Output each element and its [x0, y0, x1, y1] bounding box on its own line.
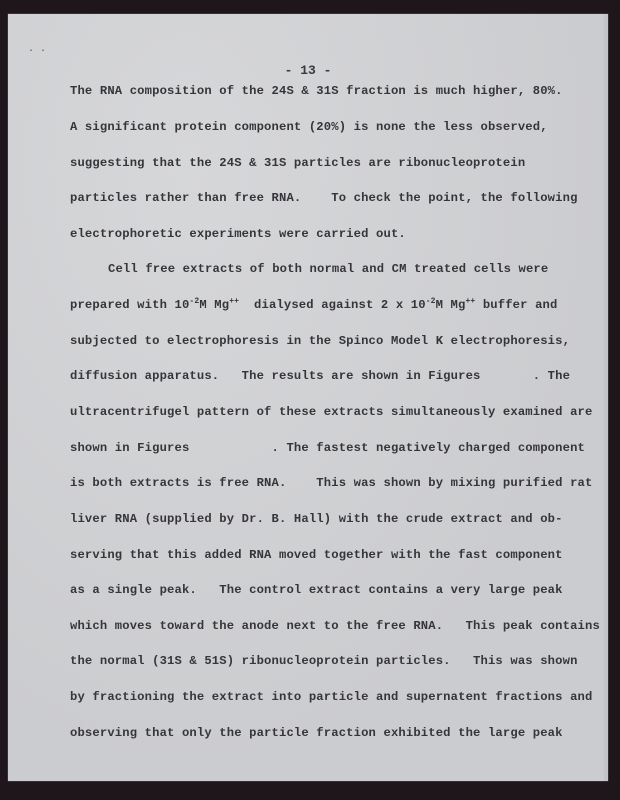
mg-part1: prepared with 10	[70, 298, 189, 312]
text-line-1: The RNA composition of the 24S & 31S fra…	[70, 84, 563, 98]
text-line-3: suggesting that the 24S & 31S particles …	[70, 156, 525, 170]
mg-part5: buffer and	[475, 298, 557, 312]
page-number: - 13 -	[8, 63, 608, 78]
text-line-8: subjected to electrophoresis in the Spin…	[70, 334, 570, 348]
ion-charge: ++	[229, 297, 239, 306]
text-line-16: which moves toward the anode next to the…	[70, 619, 600, 633]
text-line-18: by fractioning the extract into particle…	[70, 690, 592, 704]
exponent: -2	[189, 297, 199, 306]
ion-charge: ++	[465, 297, 475, 306]
mg-part2: M Mg	[199, 298, 229, 312]
page-edge	[604, 14, 608, 781]
text-line-5: electrophoretic experiments were carried…	[70, 227, 406, 241]
mg-part3: dialysed against 2 x 10	[239, 298, 426, 312]
text-line-14: serving that this added RNA moved togeth…	[70, 548, 563, 562]
text-line-2: A significant protein component (20%) is…	[70, 120, 548, 134]
text-line-12: is both extracts is free RNA. This was s…	[70, 476, 592, 490]
mg-part4: M Mg	[436, 298, 466, 312]
text-line-6: Cell free extracts of both normal and CM…	[108, 262, 548, 276]
exponent: -2	[426, 297, 436, 306]
text-line-4: particles rather than free RNA. To check…	[70, 191, 578, 205]
text-line-10: ultracentrifugel pattern of these extrac…	[70, 405, 592, 419]
text-line-9: diffusion apparatus. The results are sho…	[70, 369, 570, 383]
text-line-17: the normal (31S & 51S) ribonucleoprotein…	[70, 654, 578, 668]
text-line-15: as a single peak. The control extract co…	[70, 583, 563, 597]
margin-marks: . .	[28, 44, 46, 55]
text-line-19: observing that only the particle fractio…	[70, 726, 563, 740]
text-line-mg: prepared with 10-2M Mg++ dialysed agains…	[70, 298, 557, 312]
text-line-13: liver RNA (supplied by Dr. B. Hall) with…	[70, 512, 563, 526]
text-line-11: shown in Figures . The fastest negativel…	[70, 441, 585, 455]
